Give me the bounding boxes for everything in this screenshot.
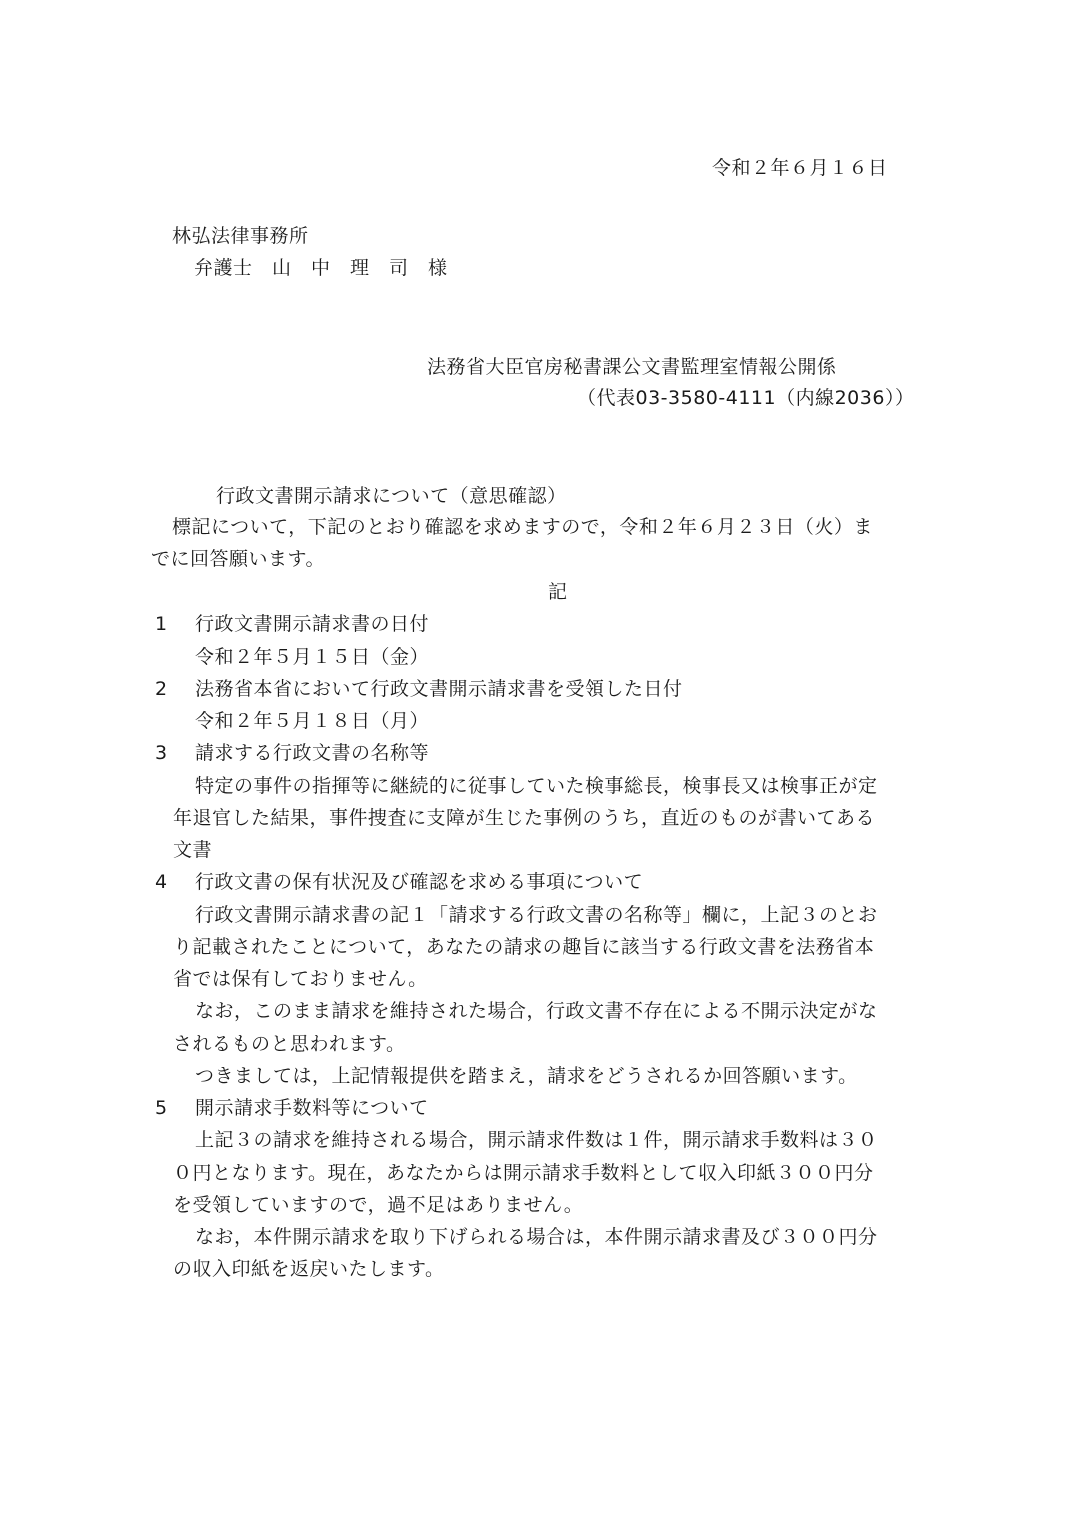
intro-line: 標記について，下記のとおり確認を求めますので，令和２年６月２３日（火）ま [172, 515, 873, 539]
item-heading: 1行政文書開示請求書の日付 [155, 612, 429, 636]
item-heading: 4行政文書の保有状況及び確認を求める事項について [155, 870, 643, 894]
item-body-line: 上記３の請求を維持される場合，開示請求件数は１件，開示請求手数料は３０ [195, 1128, 878, 1152]
sender-office: 法務省大臣官房秘書課公文書監理室情報公開係 [427, 355, 837, 379]
recipient-name: 弁護士 山 中 理 司 様 [194, 256, 448, 280]
item-body-line: の収入印紙を返戻いたします。 [173, 1257, 444, 1281]
item-number: 2 [155, 677, 195, 701]
item-body-line: ０円となります。現在，あなたからは開示請求手数料として収入印紙３００円分 [173, 1161, 873, 1185]
item-body-line: 省では保有しておりません。 [173, 967, 428, 991]
item-body-line: なお，このまま請求を維持された場合，行政文書不存在による不開示決定がな [195, 999, 878, 1023]
item-body-line: 令和２年５月１８日（月） [195, 709, 429, 733]
item-body-line: なお，本件開示請求を取り下げられる場合は，本件開示請求書及び３００円分 [195, 1225, 878, 1249]
item-heading: 5開示請求手数料等について [155, 1096, 429, 1120]
item-number: 1 [155, 612, 195, 636]
item-body-line: を受領していますので，過不足はありません。 [173, 1193, 583, 1217]
item-body-line: つきましては，上記情報提供を踏まえ，請求をどうされるか回答願います。 [195, 1064, 858, 1088]
ki-heading: 記 [548, 580, 568, 604]
document-title: 行政文書開示請求について（意思確認） [216, 484, 567, 508]
item-body-line: 年退官した結果，事件捜査に支障が生じた事例のうち，直近のものが書いてある [173, 806, 875, 830]
item-heading: 3請求する行政文書の名称等 [155, 741, 429, 765]
sender-phone: （代表03-3580-4111（内線2036）） [577, 386, 914, 410]
intro-line: でに回答願います。 [151, 547, 325, 571]
item-body-line: 令和２年５月１５日（金） [195, 645, 429, 669]
item-body-line: されるものと思われます。 [173, 1032, 405, 1056]
item-number: 4 [155, 870, 195, 894]
document-date: 令和２年６月１６日 [712, 156, 888, 180]
item-body-line: り記載されたことについて，あなたの請求の趣旨に該当する行政文書を法務省本 [173, 935, 874, 959]
item-number: 3 [155, 741, 195, 765]
item-body-line: 文書 [173, 838, 212, 862]
item-body-line: 特定の事件の指揮等に継続的に従事していた検事総長，検事長又は検事正が定 [195, 774, 878, 798]
item-heading: 2法務省本省において行政文書開示請求書を受領した日付 [155, 677, 683, 701]
item-body-line: 行政文書開示請求書の記１「請求する行政文書の名称等」欄に，上記３のとお [195, 903, 878, 927]
recipient-firm: 林弘法律事務所 [172, 224, 309, 248]
item-number: 5 [155, 1096, 195, 1120]
